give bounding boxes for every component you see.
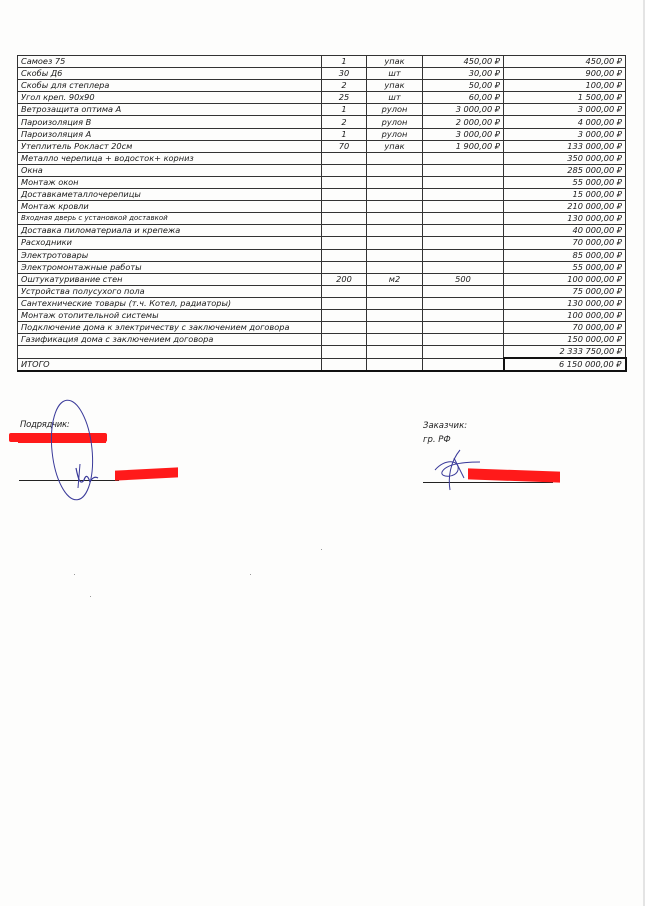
item-total: 133 000,00 ₽ bbox=[504, 140, 626, 152]
item-qty bbox=[322, 249, 367, 261]
item-total: 55 000,00 ₽ bbox=[504, 261, 626, 273]
item-total: 130 000,00 ₽ bbox=[504, 297, 626, 309]
item-price: 3 000,00 ₽ bbox=[423, 104, 504, 116]
table-row: Газификация дома с заключением договора1… bbox=[18, 334, 626, 346]
item-total: 150 000,00 ₽ bbox=[504, 334, 626, 346]
item-name: Оштукатуривание стен bbox=[18, 273, 322, 285]
item-unit bbox=[367, 164, 423, 176]
item-name: Окна bbox=[18, 164, 322, 176]
item-price bbox=[423, 322, 504, 334]
item-price bbox=[423, 309, 504, 321]
item-total: 450,00 ₽ bbox=[504, 56, 626, 68]
table-row: Электротовары85 000,00 ₽ bbox=[18, 249, 626, 261]
item-name: Скобы для степлера bbox=[18, 80, 322, 92]
item-price bbox=[423, 334, 504, 346]
item-qty bbox=[322, 285, 367, 297]
item-total: 100 000,00 ₽ bbox=[504, 273, 626, 285]
empty-cell bbox=[322, 358, 367, 371]
item-total: 70 000,00 ₽ bbox=[504, 237, 626, 249]
item-total: 350 000,00 ₽ bbox=[504, 152, 626, 164]
item-price bbox=[423, 285, 504, 297]
table-row: Входная дверь с установкой доставкой130 … bbox=[18, 213, 626, 225]
item-name: Газификация дома с заключением договора bbox=[18, 334, 322, 346]
customer-label: Заказчик: bbox=[423, 421, 467, 431]
table-row: Утеплитель Рокласт 20см70упак1 900,00 ₽1… bbox=[18, 140, 626, 152]
table-row: Подключение дома к электричеству с заклю… bbox=[18, 322, 626, 334]
item-price: 1 900,00 ₽ bbox=[423, 140, 504, 152]
item-unit bbox=[367, 261, 423, 273]
scan-speck bbox=[74, 574, 75, 575]
item-qty bbox=[322, 322, 367, 334]
redaction-contractor-signature-name bbox=[115, 467, 178, 480]
item-total: 40 000,00 ₽ bbox=[504, 225, 626, 237]
item-price bbox=[423, 176, 504, 188]
table-row: Оштукатуривание стен200м2500100 000,00 ₽ bbox=[18, 273, 626, 285]
item-price bbox=[423, 213, 504, 225]
item-name: Доставка пиломатериала и крепежа bbox=[18, 225, 322, 237]
table-row: Металло черепица + водосток+ корниз350 0… bbox=[18, 152, 626, 164]
estimate-table-body: Самоез 751упак450,00 ₽450,00 ₽Скобы Д630… bbox=[18, 56, 626, 372]
table-row: Доставкаметаллочерепицы15 000,00 ₽ bbox=[18, 189, 626, 201]
scan-speck bbox=[250, 574, 251, 575]
item-name: Электромонтажные работы bbox=[18, 261, 322, 273]
item-total: 2 333 750,00 ₽ bbox=[504, 346, 626, 359]
table-row: Пароизоляция А1рулон3 000,00 ₽3 000,00 ₽ bbox=[18, 128, 626, 140]
item-qty bbox=[322, 297, 367, 309]
total-label: ИТОГО bbox=[18, 358, 322, 371]
customer-subtitle: гр. РФ bbox=[423, 435, 451, 445]
item-qty: 70 bbox=[322, 140, 367, 152]
grand-total: 6 150 000,00 ₽ bbox=[504, 358, 626, 371]
item-qty bbox=[322, 334, 367, 346]
item-unit: упак bbox=[367, 140, 423, 152]
item-name: Пароизоляция В bbox=[18, 116, 322, 128]
item-unit bbox=[367, 189, 423, 201]
table-row: Монтаж окон55 000,00 ₽ bbox=[18, 176, 626, 188]
item-name: Монтаж отопительной системы bbox=[18, 309, 322, 321]
table-row: Сантехнические товары (т.ч. Котел, радиа… bbox=[18, 297, 626, 309]
item-name: Электротовары bbox=[18, 249, 322, 261]
item-unit bbox=[367, 346, 423, 359]
empty-cell bbox=[367, 358, 423, 371]
item-price: 50,00 ₽ bbox=[423, 80, 504, 92]
item-total: 900,00 ₽ bbox=[504, 68, 626, 80]
item-total: 100,00 ₽ bbox=[504, 80, 626, 92]
item-name: Монтаж кровли bbox=[18, 201, 322, 213]
item-unit: рулон bbox=[367, 104, 423, 116]
item-unit: упак bbox=[367, 80, 423, 92]
item-qty bbox=[322, 346, 367, 359]
item-price bbox=[423, 249, 504, 261]
table-row: Самоез 751упак450,00 ₽450,00 ₽ bbox=[18, 56, 626, 68]
item-qty bbox=[322, 309, 367, 321]
item-unit: шт bbox=[367, 68, 423, 80]
item-name: Пароизоляция А bbox=[18, 128, 322, 140]
item-price bbox=[423, 237, 504, 249]
item-qty: 1 bbox=[322, 104, 367, 116]
table-row: 2 333 750,00 ₽ bbox=[18, 346, 626, 359]
item-unit bbox=[367, 176, 423, 188]
item-price: 60,00 ₽ bbox=[423, 92, 504, 104]
item-total: 3 000,00 ₽ bbox=[504, 104, 626, 116]
item-unit bbox=[367, 297, 423, 309]
item-name: Ветрозащита оптима А bbox=[18, 104, 322, 116]
table-row: Монтаж отопительной системы100 000,00 ₽ bbox=[18, 309, 626, 321]
item-total: 130 000,00 ₽ bbox=[504, 213, 626, 225]
item-qty bbox=[322, 189, 367, 201]
table-row: Окна285 000,00 ₽ bbox=[18, 164, 626, 176]
item-total: 210 000,00 ₽ bbox=[504, 201, 626, 213]
item-unit bbox=[367, 201, 423, 213]
table-row: Скобы для степлера2упак50,00 ₽100,00 ₽ bbox=[18, 80, 626, 92]
item-price bbox=[423, 164, 504, 176]
item-price bbox=[423, 201, 504, 213]
item-qty: 1 bbox=[322, 128, 367, 140]
item-unit bbox=[367, 237, 423, 249]
item-name: Монтаж окон bbox=[18, 176, 322, 188]
item-qty: 2 bbox=[322, 116, 367, 128]
table-row: Пароизоляция В2рулон2 000,00 ₽4 000,00 ₽ bbox=[18, 116, 626, 128]
item-unit: м2 bbox=[367, 273, 423, 285]
item-qty: 2 bbox=[322, 80, 367, 92]
item-price bbox=[423, 189, 504, 201]
item-unit bbox=[367, 225, 423, 237]
item-name: Утеплитель Рокласт 20см bbox=[18, 140, 322, 152]
item-name: Угол креп. 90х90 bbox=[18, 92, 322, 104]
item-unit: рулон bbox=[367, 116, 423, 128]
table-row: Монтаж кровли210 000,00 ₽ bbox=[18, 201, 626, 213]
item-qty bbox=[322, 164, 367, 176]
item-name bbox=[18, 346, 322, 359]
item-name: Металло черепица + водосток+ корниз bbox=[18, 152, 322, 164]
item-qty: 200 bbox=[322, 273, 367, 285]
item-price bbox=[423, 152, 504, 164]
item-total: 4 000,00 ₽ bbox=[504, 116, 626, 128]
item-qty bbox=[322, 201, 367, 213]
item-name: Доставкаметаллочерепицы bbox=[18, 189, 322, 201]
estimate-table: Самоез 751упак450,00 ₽450,00 ₽Скобы Д630… bbox=[17, 55, 627, 372]
table-row: Ветрозащита оптима А1рулон3 000,00 ₽3 00… bbox=[18, 104, 626, 116]
item-qty: 1 bbox=[322, 56, 367, 68]
table-row: Устройства полусухого пола75 000,00 ₽ bbox=[18, 285, 626, 297]
item-total: 85 000,00 ₽ bbox=[504, 249, 626, 261]
table-row: Доставка пиломатериала и крепежа40 000,0… bbox=[18, 225, 626, 237]
item-unit bbox=[367, 322, 423, 334]
item-unit: шт bbox=[367, 92, 423, 104]
item-name: Входная дверь с установкой доставкой bbox=[18, 213, 322, 225]
item-total: 1 500,00 ₽ bbox=[504, 92, 626, 104]
item-total: 70 000,00 ₽ bbox=[504, 322, 626, 334]
item-price: 500 bbox=[423, 273, 504, 285]
customer-signature-icon bbox=[430, 448, 490, 493]
item-qty: 30 bbox=[322, 68, 367, 80]
item-unit bbox=[367, 309, 423, 321]
item-total: 285 000,00 ₽ bbox=[504, 164, 626, 176]
item-unit bbox=[367, 249, 423, 261]
scan-speck bbox=[321, 549, 322, 550]
item-qty bbox=[322, 261, 367, 273]
total-row: ИТОГО6 150 000,00 ₽ bbox=[18, 358, 626, 371]
item-unit: рулон bbox=[367, 128, 423, 140]
item-qty bbox=[322, 213, 367, 225]
item-price bbox=[423, 225, 504, 237]
item-total: 75 000,00 ₽ bbox=[504, 285, 626, 297]
item-price: 30,00 ₽ bbox=[423, 68, 504, 80]
table-row: Электромонтажные работы55 000,00 ₽ bbox=[18, 261, 626, 273]
item-qty bbox=[322, 225, 367, 237]
item-price bbox=[423, 261, 504, 273]
item-qty bbox=[322, 237, 367, 249]
item-price bbox=[423, 297, 504, 309]
item-price: 3 000,00 ₽ bbox=[423, 128, 504, 140]
item-name: Подключение дома к электричеству с заклю… bbox=[18, 322, 322, 334]
item-price: 450,00 ₽ bbox=[423, 56, 504, 68]
item-name: Сантехнические товары (т.ч. Котел, радиа… bbox=[18, 297, 322, 309]
item-price bbox=[423, 346, 504, 359]
table-row: Расходники70 000,00 ₽ bbox=[18, 237, 626, 249]
table-row: Угол креп. 90х9025шт60,00 ₽1 500,00 ₽ bbox=[18, 92, 626, 104]
item-total: 100 000,00 ₽ bbox=[504, 309, 626, 321]
item-unit bbox=[367, 285, 423, 297]
table-row: Скобы Д630шт30,00 ₽900,00 ₽ bbox=[18, 68, 626, 80]
scan-speck bbox=[90, 596, 91, 597]
item-unit: упак bbox=[367, 56, 423, 68]
item-name: Скобы Д6 bbox=[18, 68, 322, 80]
item-name: Устройства полусухого пола bbox=[18, 285, 322, 297]
item-qty bbox=[322, 152, 367, 164]
item-qty: 25 bbox=[322, 92, 367, 104]
item-qty bbox=[322, 176, 367, 188]
item-price: 2 000,00 ₽ bbox=[423, 116, 504, 128]
item-total: 3 000,00 ₽ bbox=[504, 128, 626, 140]
item-total: 15 000,00 ₽ bbox=[504, 189, 626, 201]
item-unit bbox=[367, 334, 423, 346]
item-name: Расходники bbox=[18, 237, 322, 249]
item-name: Самоез 75 bbox=[18, 56, 322, 68]
item-unit bbox=[367, 152, 423, 164]
contractor-signature-icon bbox=[40, 398, 110, 503]
item-total: 55 000,00 ₽ bbox=[504, 176, 626, 188]
item-unit bbox=[367, 213, 423, 225]
empty-cell bbox=[423, 358, 504, 371]
